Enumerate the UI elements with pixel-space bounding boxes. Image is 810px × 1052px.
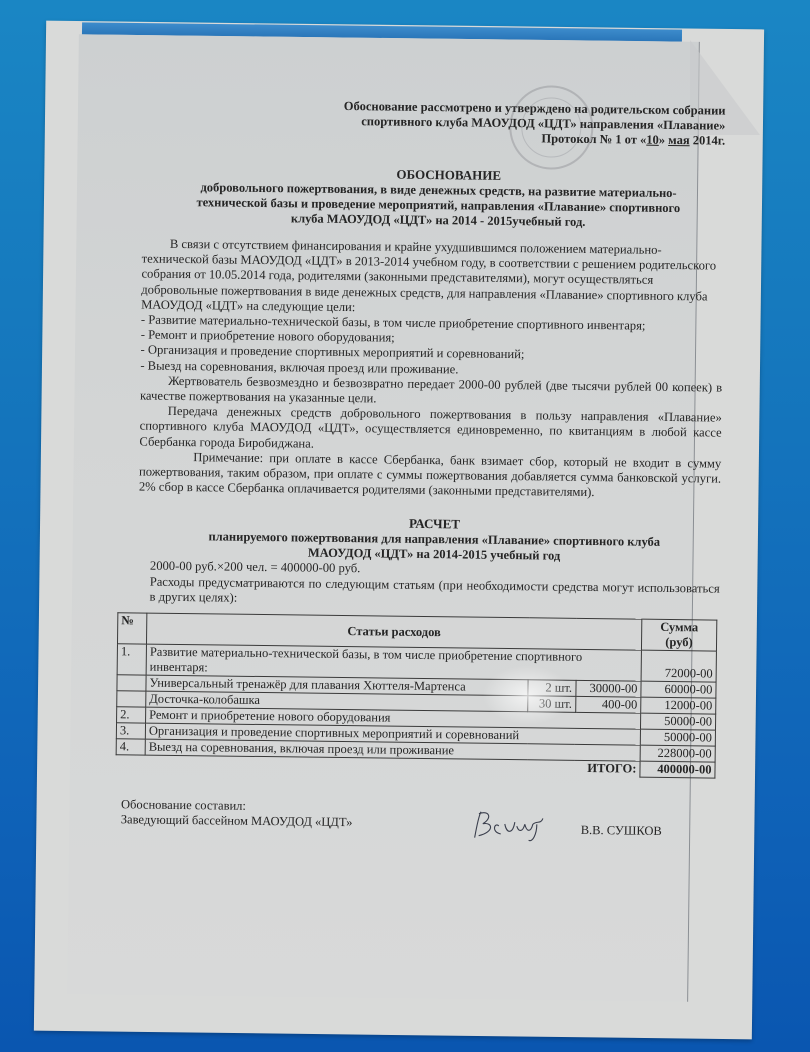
cell-price: 400-00: [575, 696, 641, 713]
cell-num: [117, 691, 146, 707]
cell-num: 1.: [117, 644, 146, 675]
table-body: 1.Развитие материально-технической базы,…: [116, 644, 717, 778]
cell-qty: 2 шт.: [528, 680, 576, 697]
note-paragraph: Примечание: при оплате в кассе Сбербанка…: [139, 449, 722, 502]
intro-paragraph: В связи с отсутствием финансирования и к…: [141, 237, 724, 320]
signature-block: Обоснование составил: Заведующий бассейн…: [91, 797, 731, 835]
cell-sum: 72000-00: [641, 650, 716, 682]
protocol-mid: »: [659, 133, 669, 147]
expenses-note: Расходы предусматриваются по следующим с…: [137, 574, 719, 612]
cell-sum: 228000-00: [640, 745, 715, 762]
cell-num: 2.: [117, 707, 146, 723]
stamp-mark: [509, 85, 594, 170]
cell-num: 3.: [116, 723, 145, 739]
cell-num: [117, 675, 146, 691]
cell-sum: 12000-00: [641, 697, 716, 714]
total-value: 400000-00: [640, 761, 715, 778]
header-sum: Сумма (руб): [641, 619, 716, 651]
document-page: Обоснование рассмотрено и утверждено на …: [89, 70, 740, 958]
cell-sum: 50000-00: [640, 729, 715, 746]
document-subtitle: добровольного пожертвования, в виде дене…: [98, 179, 739, 232]
goals-list: - Развитие материально-технической базы,…: [140, 313, 723, 381]
cell-price: 30000-00: [575, 680, 641, 697]
transfer-paragraph: Передача денежных средств добровольного …: [139, 404, 722, 457]
expenses-table: № Статьи расходов Сумма (руб) 1.Развитие…: [115, 612, 717, 778]
signatory-name: В.В. СУШКОВ: [581, 823, 662, 839]
handwritten-signature: [471, 808, 551, 845]
protocol-day: 10: [646, 133, 659, 147]
cell-num: 4.: [116, 739, 145, 755]
cell-sum: 50000-00: [640, 713, 715, 730]
approval-block: Обоснование рассмотрено и утверждено на …: [99, 96, 740, 149]
calculation-text: 2000-00 руб.×200 чел. = 400000-00 руб. Р…: [93, 558, 734, 611]
body-text: В связи с отсутствием финансирования и к…: [95, 236, 738, 502]
protocol-month: мая: [668, 133, 690, 147]
cell-sum: 60000-00: [641, 681, 716, 698]
protocol-year: 2014г.: [690, 133, 726, 147]
cell-qty: 30 шт.: [528, 696, 576, 713]
header-num: №: [117, 613, 146, 644]
